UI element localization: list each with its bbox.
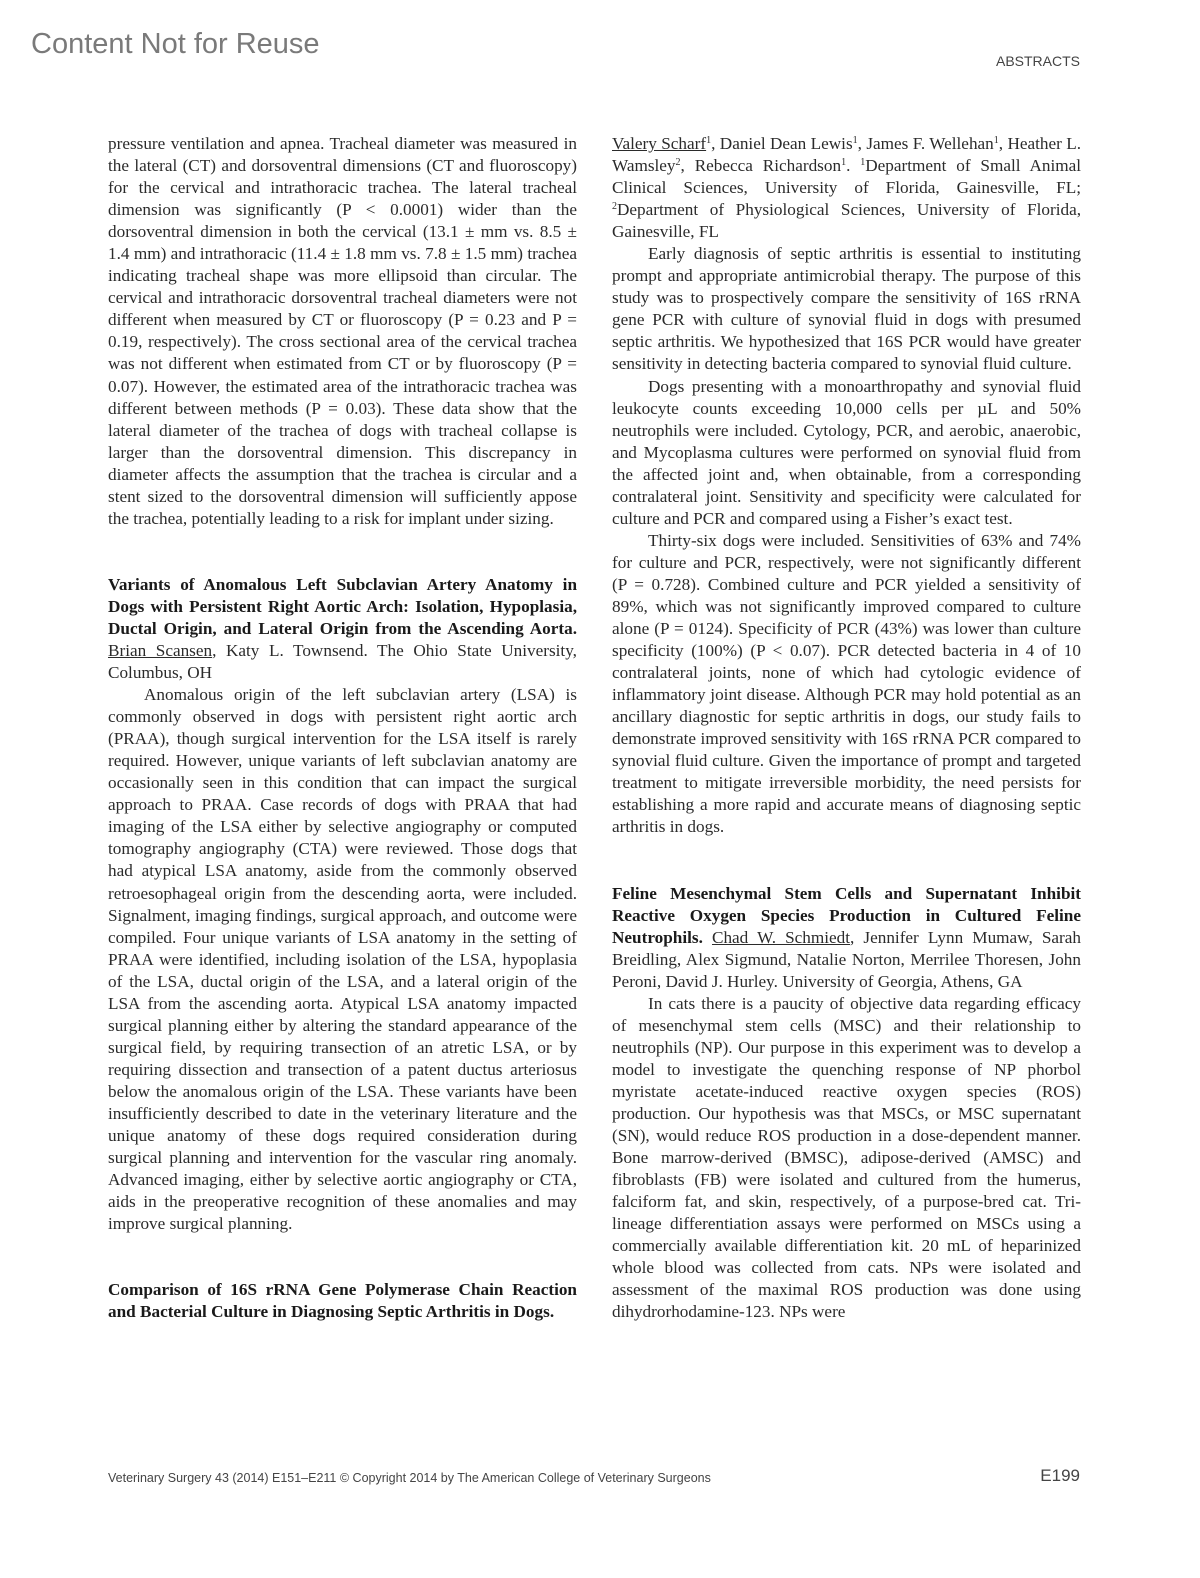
section-gap bbox=[612, 839, 1081, 883]
pcr-affiliation-2: Department of Physiological Sciences, Un… bbox=[612, 200, 1081, 241]
msc-abstract-body: In cats there is a paucity of objective … bbox=[612, 993, 1081, 1324]
lsa-presenting-author: Brian Scansen bbox=[108, 641, 212, 660]
pcr-author: Rebecca Richardson bbox=[695, 156, 841, 175]
pcr-abstract-paragraph-1: Early diagnosis of septic arthritis is e… bbox=[612, 243, 1081, 375]
pcr-authors-affiliations: Valery Scharf1, Daniel Dean Lewis1, Jame… bbox=[612, 133, 1081, 243]
watermark-text: Content Not for Reuse bbox=[31, 28, 320, 61]
page-number: E199 bbox=[1040, 1466, 1080, 1486]
msc-abstract-header: Feline Mesenchymal Stem Cells and Supern… bbox=[612, 883, 1081, 993]
running-head: ABSTRACTS bbox=[996, 53, 1080, 69]
lsa-abstract-header: Variants of Anomalous Left Subclavian Ar… bbox=[108, 574, 577, 684]
pcr-author: James F. Wellehan bbox=[866, 134, 993, 153]
pcr-abstract-title: Comparison of 16S rRNA Gene Polymerase C… bbox=[108, 1279, 577, 1323]
pcr-author: Daniel Dean Lewis bbox=[720, 134, 853, 153]
msc-presenting-author: Chad W. Schmiedt bbox=[712, 928, 850, 947]
pcr-presenting-author: Valery Scharf bbox=[612, 134, 706, 153]
pcr-abstract-paragraph-2: Dogs presenting with a monoarthropathy a… bbox=[612, 376, 1081, 530]
pcr-affiliation-1: Department of Small Animal Clinical Scie… bbox=[612, 156, 1081, 197]
footer-citation: Veterinary Surgery 43 (2014) E151–E211 ©… bbox=[108, 1471, 711, 1485]
pcr-abstract-paragraph-3: Thirty-six dogs were included. Sensitivi… bbox=[612, 530, 1081, 839]
section-gap bbox=[108, 530, 577, 574]
section-gap bbox=[108, 1235, 577, 1279]
lsa-abstract-title: Variants of Anomalous Left Subclavian Ar… bbox=[108, 575, 577, 638]
tracheal-abstract-continuation: pressure ventilation and apnea. Tracheal… bbox=[108, 133, 577, 530]
left-column: pressure ventilation and apnea. Tracheal… bbox=[108, 133, 577, 1323]
right-column: Valery Scharf1, Daniel Dean Lewis1, Jame… bbox=[612, 133, 1081, 1323]
lsa-abstract-body: Anomalous origin of the left subclavian … bbox=[108, 684, 577, 1235]
